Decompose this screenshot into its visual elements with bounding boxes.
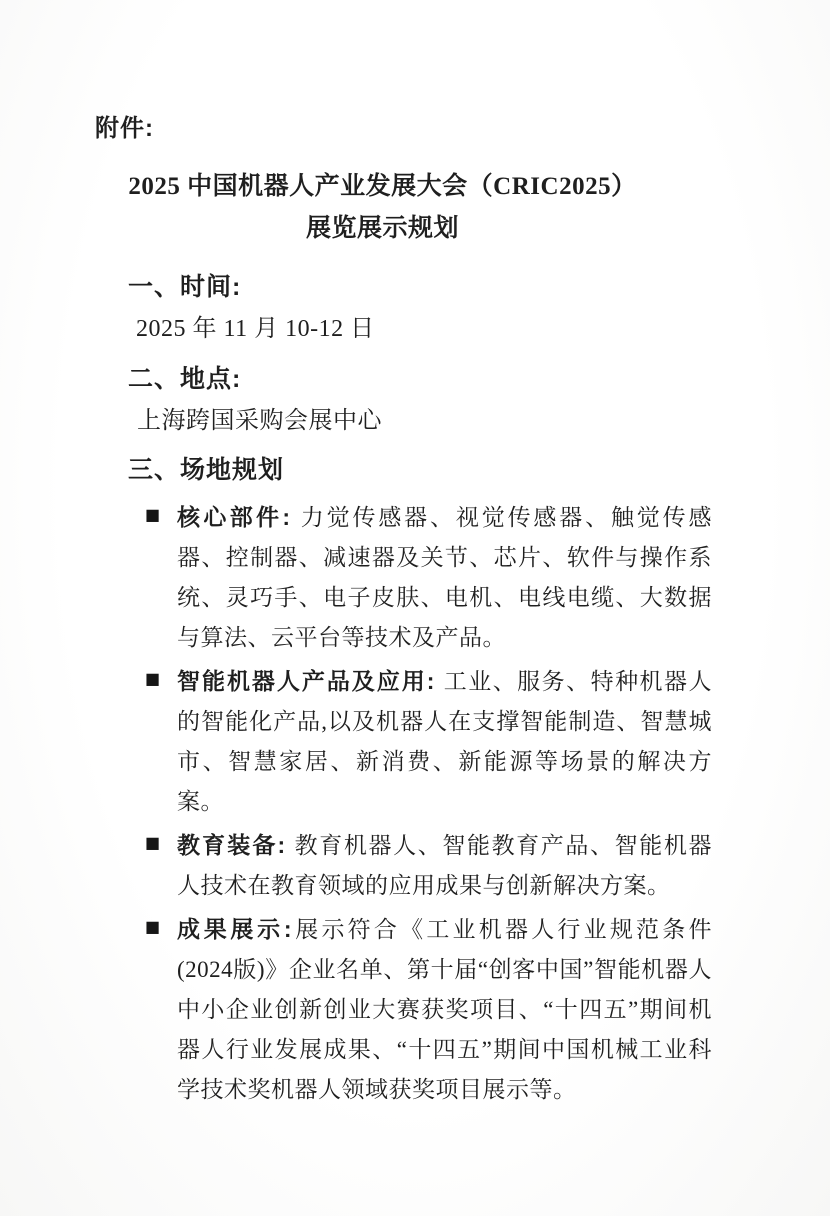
bullet-core-components: ■核心部件: 力觉传感器、视觉传感器、触觉传感器、控制器、减速器及关节、芯片、软…	[145, 497, 712, 658]
bullet-label-robot-products: 智能机器人产品及应用:	[177, 668, 444, 694]
bullet-label-core-components: 核心部件:	[177, 504, 301, 530]
bullet-text-achievements: 展示符合《工业机器人行业规范条件(2024版)》企业名单、第十届“创客中国”智能…	[177, 917, 712, 1102]
bullet-label-achievements: 成果展示:	[177, 916, 293, 942]
section-heading-site-plan: 三、场地规划	[128, 455, 284, 485]
bullet-square-icon: ■	[145, 919, 160, 935]
title-line-1: 2025 中国机器人产业发展大会（CRIC2025）	[0, 166, 765, 208]
bullet-list: ■核心部件: 力觉传感器、视觉传感器、触觉传感器、控制器、减速器及关节、芯片、软…	[145, 497, 712, 1113]
section-heading-time: 一、时间:	[128, 272, 241, 302]
attachment-label: 附件:	[95, 108, 154, 143]
bullet-square-icon: ■	[145, 835, 160, 851]
section-body-date: 2025 年 11 月 10-12 日	[136, 314, 375, 344]
document-page: 附件: 2025 中国机器人产业发展大会（CRIC2025） 展览展示规划 一、…	[0, 0, 830, 1216]
section-heading-venue: 二、地点:	[128, 364, 241, 394]
bullet-education-equipment: ■教育装备: 教育机器人、智能教育产品、智能机器人技术在教育领域的应用成果与创新…	[145, 825, 712, 906]
section-body-location: 上海跨国采购会展中心	[137, 406, 382, 436]
bullet-achievements: ■成果展示:展示符合《工业机器人行业规范条件(2024版)》企业名单、第十届“创…	[145, 909, 712, 1110]
document-title: 2025 中国机器人产业发展大会（CRIC2025） 展览展示规划	[0, 166, 765, 250]
bullet-square-icon: ■	[145, 507, 160, 523]
bullet-square-icon: ■	[145, 671, 160, 687]
title-line-2: 展览展示规划	[0, 208, 765, 250]
bullet-robot-products: ■智能机器人产品及应用: 工业、服务、特种机器人的智能化产品,以及机器人在支撑智…	[145, 661, 712, 822]
bullet-label-education-equipment: 教育装备:	[177, 832, 295, 858]
